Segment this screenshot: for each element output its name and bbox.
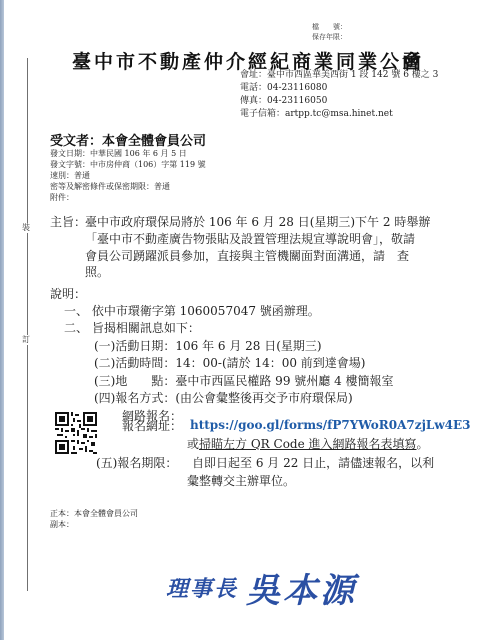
- registration-url-label: 報名網址：: [122, 418, 182, 434]
- signature-title: 理事長: [166, 572, 238, 603]
- activity-time: (二)活動時間：14：00-(請於 14：00 前到達會場): [94, 355, 366, 371]
- issue-number: 發文字號：中市房仲商（106）字第 119 號: [50, 159, 206, 170]
- subject-line-4: 照。: [85, 264, 109, 280]
- subject-line-2: 「臺中市不動產廣告物張貼及設置管理法規宣導說明會」，敬請: [85, 231, 415, 247]
- registration-method: (四)報名方式：(由公會彙整後再交予市府環保局): [94, 390, 353, 406]
- attachment: 附件：: [50, 192, 74, 203]
- binding-mark-ding: 訂: [22, 335, 30, 345]
- confidentiality: 密等及解密條件或保密期限：普通: [50, 181, 170, 192]
- subject-line-1: 臺中市政府環保局將於 106 年 6 月 28 日(星期三)下午 2 時舉辦: [85, 214, 430, 230]
- retention-period-label: 保存年限：: [312, 32, 347, 42]
- signature-name: 吳本源: [246, 563, 357, 612]
- explanation-item-2: 二、 旨揭相關訊息如下：: [64, 320, 200, 336]
- delivery-speed: 速別：普通: [50, 170, 90, 181]
- qr-instruction-text: 掃瞄左方 QR Code 進入網路報名表填寫: [199, 437, 417, 451]
- qr-instruction: 或掃瞄左方 QR Code 進入網路報名表填寫。: [187, 436, 429, 452]
- phone: 電話：04-23116080: [240, 83, 327, 94]
- qr-suffix: 。: [417, 437, 429, 451]
- file-number-label: 檔 號：: [312, 22, 347, 32]
- original-recipient: 正本：本會全體會員公司: [50, 508, 138, 519]
- qr-code-icon[interactable]: [55, 412, 97, 454]
- subject-label: 主旨：: [50, 214, 86, 230]
- subject-line-3: 會員公司踴躍派員參加，直接與主管機關面對面溝通，請 查: [85, 248, 409, 264]
- issue-date: 發文日期：中華民國 106 年 6 月 5 日: [50, 148, 187, 159]
- copy-recipient: 副本：: [50, 519, 74, 530]
- activity-location: (三)地 點：臺中市西區民權路 99 號州廳 4 樓簡報室: [94, 373, 394, 389]
- binding-mark-zhuang: 裝: [22, 223, 30, 233]
- fax: 傳真：04-23116050: [240, 96, 327, 107]
- qr-prefix: 或: [187, 437, 199, 451]
- explanation-item-1: 一、 依中市環衛字第 1060057047 號函辦理。: [64, 303, 320, 319]
- explanation-label: 說明：: [50, 286, 86, 302]
- deadline-line-1: 自即日起至 6 月 22 日止，請儘速報名，以利: [192, 455, 434, 471]
- deadline-line-2: 彙整轉交主辦單位。: [187, 473, 295, 489]
- registration-url-link[interactable]: https://goo.gl/forms/fP7YWoR0A7zjLw4E3: [190, 418, 471, 432]
- receiver: 受文者：本會全體會員公司: [50, 130, 206, 149]
- binding-line: [27, 58, 28, 591]
- window-left-border: [0, 0, 4, 640]
- email: 電子信箱：artpp.tc@msa.hinet.net: [240, 109, 393, 120]
- address: 會址：臺中市西區華美西街 1 段 142 號 6 樓之 3: [240, 70, 438, 81]
- deadline-label: (五)報名期限：: [96, 455, 177, 471]
- chairman-signature: 理事長 吳本源: [166, 558, 396, 616]
- activity-date: (一)活動日期：106 年 6 月 28 日(星期三): [94, 338, 322, 354]
